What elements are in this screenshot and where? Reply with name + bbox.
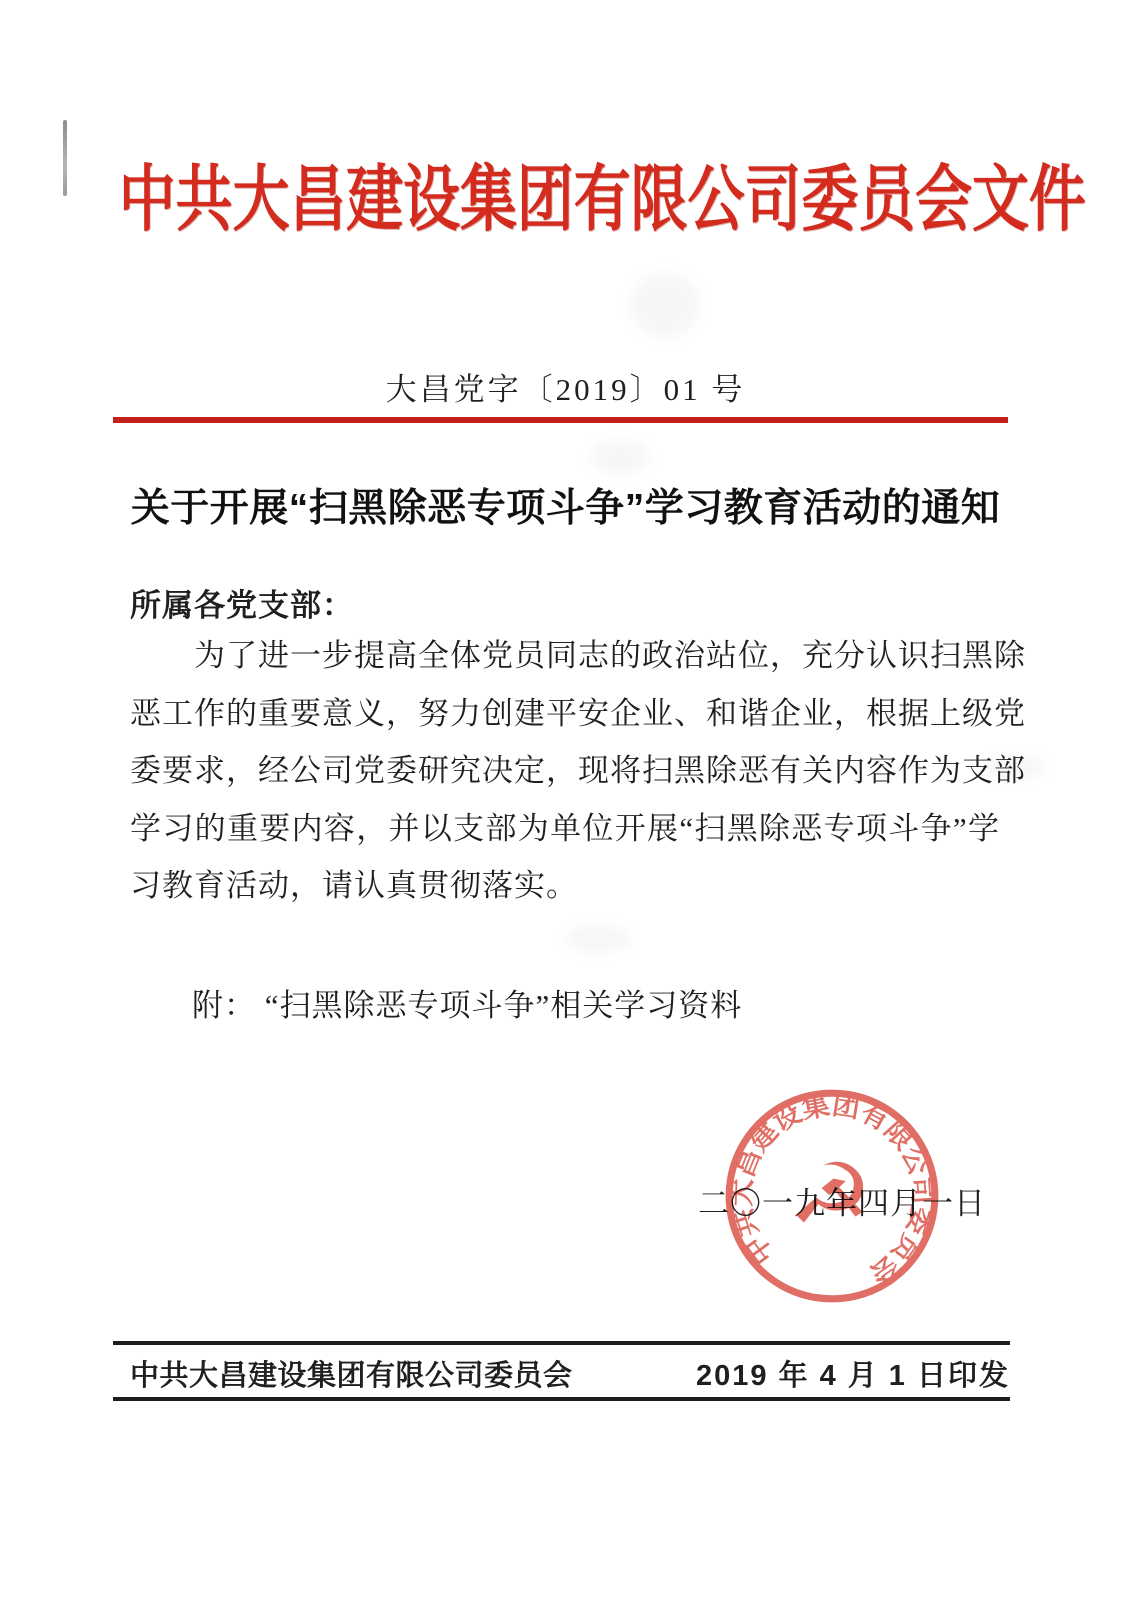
footer-top-rule	[113, 1341, 1010, 1345]
salutation: 所属各党支部：	[130, 580, 354, 625]
scan-smudge	[630, 272, 700, 338]
scan-smudge	[590, 440, 650, 474]
footer-issuer: 中共大昌建设集团有限公司委员会	[130, 1353, 573, 1394]
document-number: 大昌党字〔2019〕01 号	[0, 364, 1131, 409]
document-page: 中共大昌建设集团有限公司委员会文件 大昌党字〔2019〕01 号 关于开展“扫黑…	[0, 0, 1131, 1600]
notice-title: 关于开展“扫黑除恶专项斗争”学习教育活动的通知	[65, 477, 1066, 533]
body-line: 习教育活动，请认真贯彻落实。	[130, 866, 1000, 924]
letterhead-title: 中共大昌建设集团有限公司委员会文件	[119, 156, 1012, 244]
body-line: 为了进一步提高全体党员同志的政治站位，充分认识扫黑除	[130, 636, 1000, 694]
footer-bottom-rule	[113, 1397, 1010, 1401]
body-line: 恶工作的重要意义，努力创建平安企业、和谐企业，根据上级党	[130, 694, 1000, 752]
red-divider-rule	[113, 417, 1008, 423]
footer: 中共大昌建设集团有限公司委员会 2019 年 4 月 1 日印发	[130, 1353, 1010, 1394]
body-line: 委要求，经公司党委研究决定，现将扫黑除恶有关内容作为支部	[130, 751, 1000, 809]
footer-print-date: 2019 年 4 月 1 日印发	[696, 1353, 1010, 1394]
official-seal: 中共大昌建设集团有限公司委员会 ☭	[704, 1068, 960, 1324]
scan-smudge	[565, 925, 631, 953]
body-paragraph: 为了进一步提高全体党员同志的政治站位，充分认识扫黑除 恶工作的重要意义，努力创建…	[130, 636, 1000, 924]
body-line: 学习的重要内容，并以支部为单位开展“扫黑除恶专项斗争”学	[130, 809, 1000, 867]
hammer-and-sickle-icon: ☭	[784, 1139, 880, 1254]
seal-graphic: 中共大昌建设集团有限公司委员会 ☭	[704, 1068, 960, 1324]
attachment-note: 附： “扫黑除恶专项斗争”相关学习资料	[192, 980, 742, 1025]
scan-artifact-line	[63, 120, 67, 196]
